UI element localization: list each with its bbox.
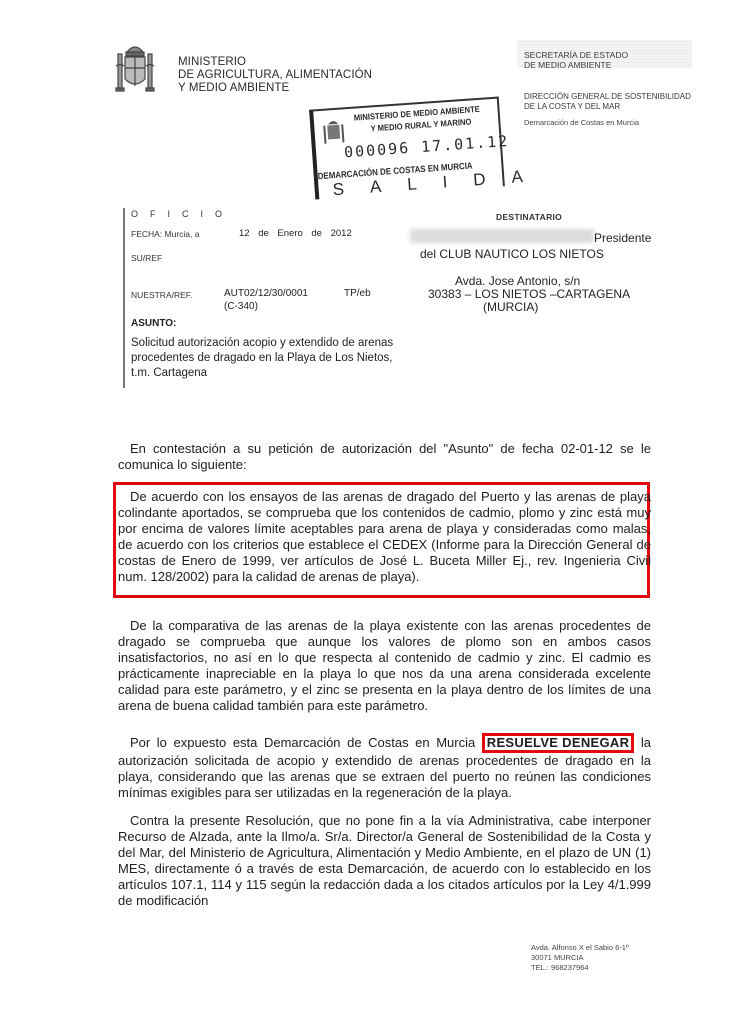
secretaria-line-1: SECRETARÍA DE ESTADO: [524, 50, 628, 60]
destinatario-label: DESTINATARIO: [496, 212, 562, 222]
paragraph-resolucion: Por lo expuesto esta Demarcación de Cost…: [118, 733, 651, 801]
nuestra-ref-initials: TP/eb: [344, 288, 371, 299]
nuestra-ref-label: NUESTRA/REF.: [131, 290, 192, 300]
paragraph-comparativa: De la comparativa de las arenas de la pl…: [118, 618, 651, 714]
nuestra-ref-code: (C-340): [224, 301, 258, 312]
destinatario-address-1: Avda. Jose Antonio, s/n: [455, 274, 580, 288]
resolucion-text-before: Por lo expuesto esta Demarcación de Cost…: [130, 735, 482, 750]
demarcacion-label: Demarcación de Costas en Murcia: [524, 118, 639, 127]
registry-stamp: MINISTERIO DE MEDIO AMBIENTE Y MEDIO RUR…: [309, 96, 505, 199]
coat-of-arms-icon: [113, 40, 157, 98]
ministry-name: MINISTERIO DE AGRICULTURA, ALIMENTACIÓN …: [178, 56, 372, 95]
direccion-general: DIRECCIÓN GENERAL DE SOSTENIBILIDAD DE L…: [524, 92, 691, 112]
nuestra-ref-value: AUT02/12/30/0001: [224, 288, 308, 299]
destinatario-org: del CLUB NAUTICO LOS NIETOS: [420, 247, 604, 261]
secretaria-de-estado: SECRETARÍA DE ESTADO DE MEDIO AMBIENTE: [524, 50, 628, 70]
resuelve-denegar-highlight: RESUELVE DENEGAR: [482, 733, 635, 753]
destinatario-role: Presidente: [594, 231, 651, 245]
asunto-label: ASUNTO:: [131, 318, 176, 329]
oficio-title: OFICIO: [131, 209, 234, 219]
paragraph-recurso: Contra la presente Resolución, que no po…: [118, 813, 651, 909]
stamp-coat-of-arms-icon: [322, 117, 346, 146]
fecha-label: FECHA: Murcia, a: [131, 229, 200, 239]
footer-phone: TEL.: 968237964: [531, 963, 629, 973]
asunto-text: Solicitud autorización acopio y extendid…: [131, 336, 401, 381]
destinatario-address-3: (MURCIA): [483, 300, 538, 314]
ministry-line-3: Y MEDIO AMBIENTE: [178, 82, 372, 95]
direccion-line-2: DE LA COSTA Y DEL MAR: [524, 102, 691, 112]
redacted-name: [410, 229, 594, 243]
footer-address: Avda. Alfonso X el Sabio 6-1º 30071 MURC…: [531, 943, 629, 973]
footer-street: Avda. Alfonso X el Sabio 6-1º: [531, 943, 629, 953]
paragraph-ensayos: De acuerdo con los ensayos de las arenas…: [118, 489, 651, 592]
ministry-line-2: DE AGRICULTURA, ALIMENTACIÓN: [178, 69, 372, 82]
stamp-registry-number: 000096 17.01.12: [344, 132, 510, 161]
su-ref-label: SU/REF: [131, 253, 162, 263]
paragraph-intro: En contestación a su petición de autoriz…: [118, 441, 651, 473]
footer-city: 30071 MURCIA: [531, 953, 629, 963]
paragraph-ensayos-text: De acuerdo con los ensayos de las arenas…: [118, 489, 651, 592]
secretaria-line-2: DE MEDIO AMBIENTE: [524, 60, 628, 70]
ministry-line-1: MINISTERIO: [178, 56, 372, 69]
destinatario-address-2: 30383 – LOS NIETOS –CARTAGENA: [428, 287, 630, 301]
direccion-line-1: DIRECCIÓN GENERAL DE SOSTENIBILIDAD: [524, 92, 691, 102]
info-divider-line: [123, 208, 125, 388]
fecha-value: 12 de Enero de 2012: [239, 228, 352, 239]
